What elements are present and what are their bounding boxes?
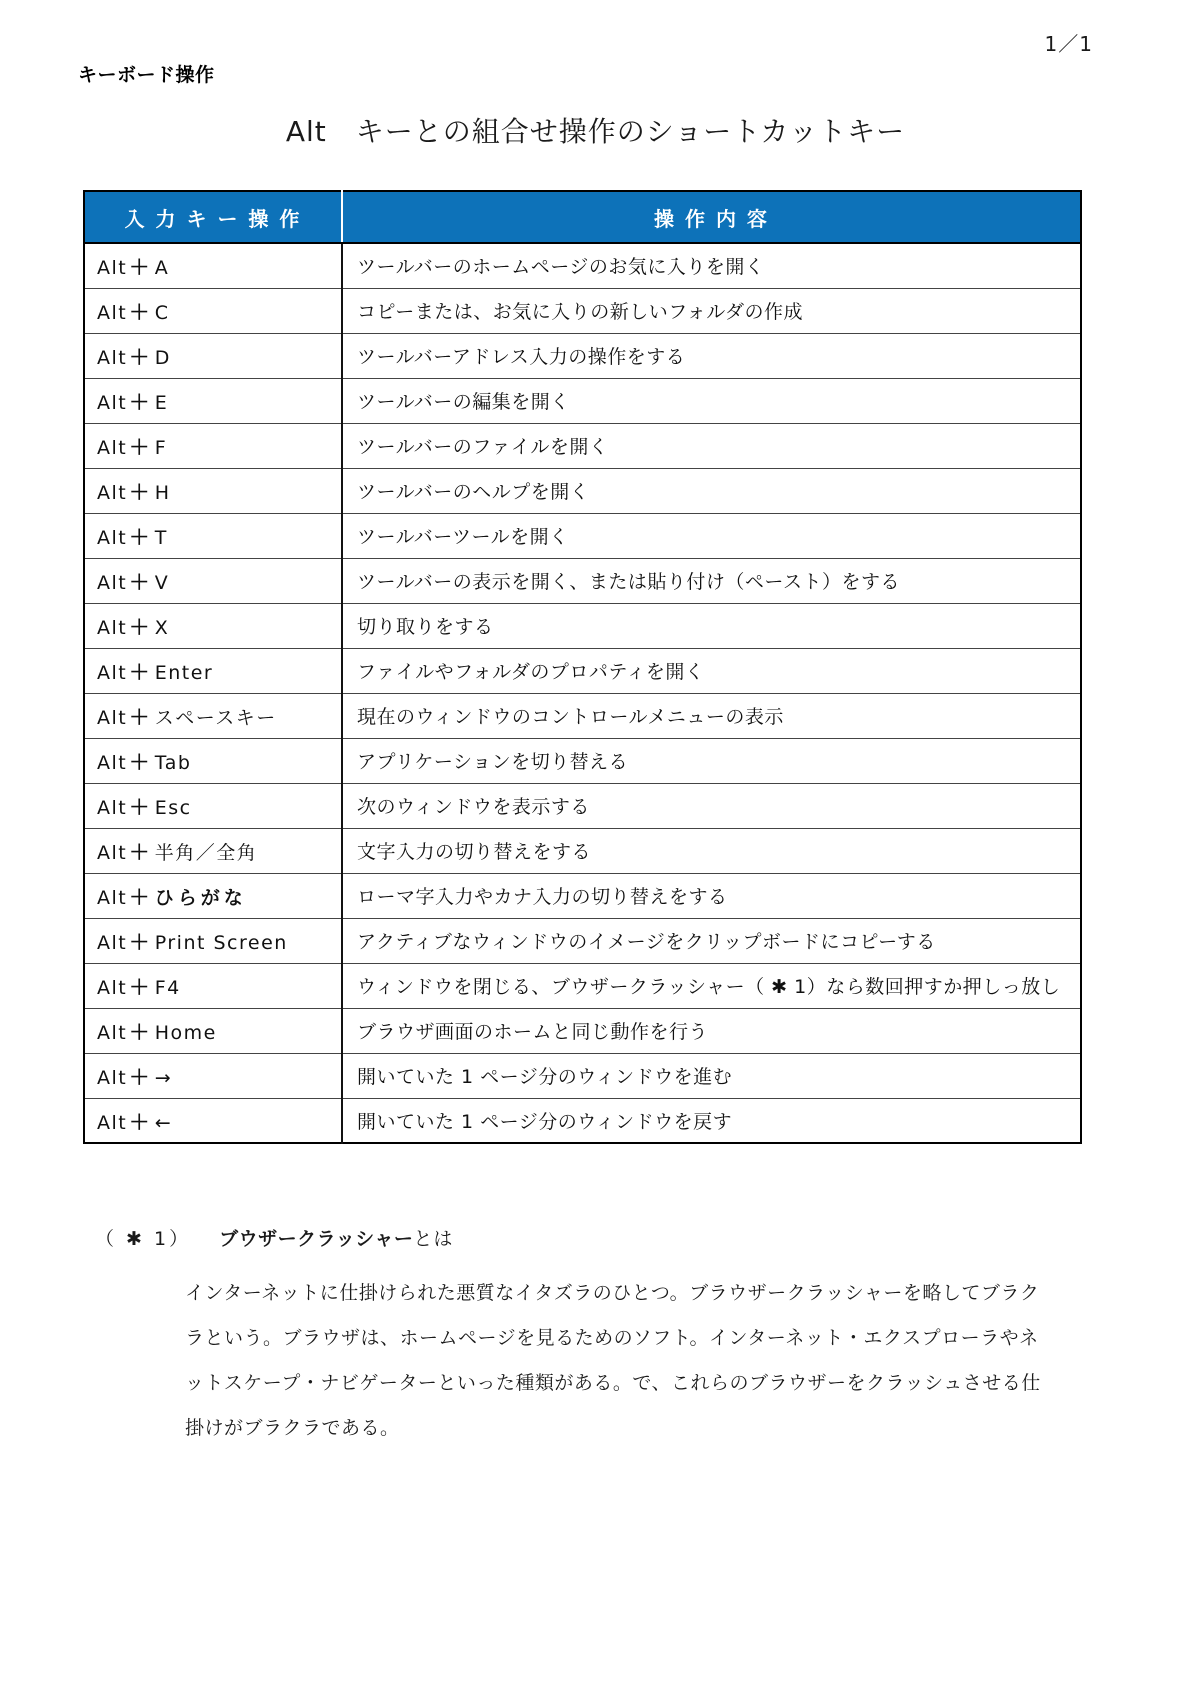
plus-sign: ＋ — [129, 480, 151, 504]
key-name: Print Screen — [155, 932, 288, 954]
key-prefix: Alt — [97, 1067, 127, 1089]
key-cell: Alt＋X — [84, 603, 342, 648]
plus-sign: ＋ — [129, 300, 151, 324]
footnote-term-suffix: とは — [413, 1228, 453, 1250]
key-cell: Alt＋C — [84, 288, 342, 333]
footnote-marker: （ ✱ 1） — [95, 1228, 191, 1250]
plus-sign: ＋ — [129, 615, 151, 639]
key-cell: Alt＋→ — [84, 1053, 342, 1098]
key-prefix: Alt — [97, 752, 127, 774]
footnote-heading: （ ✱ 1）ブウザークラッシャーとは — [95, 1224, 1105, 1251]
key-cell: Alt＋スペースキー — [84, 693, 342, 738]
operation-description: ツールバーのホームページのお気に入りを開く — [342, 243, 1081, 288]
key-name: Enter — [155, 662, 214, 684]
operation-description: ツールバーの表示を開く、または貼り付け（ペースト）をする — [342, 558, 1081, 603]
plus-sign: ＋ — [129, 795, 151, 819]
plus-sign: ＋ — [129, 525, 151, 549]
key-name: Tab — [155, 752, 192, 774]
key-cell: Alt＋T — [84, 513, 342, 558]
key-cell: Alt＋D — [84, 333, 342, 378]
key-cell: Alt＋← — [84, 1098, 342, 1143]
operation-description: アプリケーションを切り替える — [342, 738, 1081, 783]
key-name: H — [155, 482, 171, 504]
operation-description: 切り取りをする — [342, 603, 1081, 648]
operation-description: ローマ字入力やカナ入力の切り替えをする — [342, 873, 1081, 918]
operation-description: ツールバーツールを開く — [342, 513, 1081, 558]
key-cell: Alt＋Esc — [84, 783, 342, 828]
key-cell: Alt＋Home — [84, 1008, 342, 1053]
table-row: Alt＋F ツールバーのファイルを開く — [84, 423, 1081, 468]
key-prefix: Alt — [97, 842, 127, 864]
table-row: Alt＋← 開いていた 1 ページ分のウィンドウを戻す — [84, 1098, 1081, 1143]
operation-description: ツールバーのファイルを開く — [342, 423, 1081, 468]
key-prefix: Alt — [97, 437, 127, 459]
plus-sign: ＋ — [129, 255, 151, 279]
key-name: ← — [155, 1112, 172, 1134]
table-row: Alt＋D ツールバーアドレス入力の操作をする — [84, 333, 1081, 378]
operation-description: コピーまたは、お気に入りの新しいフォルダの作成 — [342, 288, 1081, 333]
operation-description: 開いていた 1 ページ分のウィンドウを戻す — [342, 1098, 1081, 1143]
footnote-line: ットスケープ・ナビゲーターといった種類がある。で、これらのブラウザーをクラッシュ… — [185, 1361, 1105, 1406]
key-prefix: Alt — [97, 932, 127, 954]
column-header-input-key: 入 力 キ ー 操 作 — [84, 191, 342, 243]
column-header-operation: 操 作 内 容 — [342, 191, 1081, 243]
table-row: Alt＋スペースキー 現在のウィンドウのコントロールメニューの表示 — [84, 693, 1081, 738]
footnote-body: インターネットに仕掛けられた悪質なイタズラのひとつ。ブラウザークラッシャーを略し… — [185, 1271, 1105, 1451]
key-name: C — [155, 302, 170, 324]
table-row: Alt＋E ツールバーの編集を開く — [84, 378, 1081, 423]
table-row: Alt＋X 切り取りをする — [84, 603, 1081, 648]
key-cell: Alt＋V — [84, 558, 342, 603]
table-row: Alt＋Enter ファイルやフォルダのプロパティを開く — [84, 648, 1081, 693]
key-cell: Alt＋ひらがな — [84, 873, 342, 918]
key-name: A — [155, 257, 170, 279]
table-body: Alt＋A ツールバーのホームページのお気に入りを開く Alt＋C コピーまたは… — [84, 243, 1081, 1143]
operation-description: ツールバーのヘルプを開く — [342, 468, 1081, 513]
plus-sign: ＋ — [129, 660, 151, 684]
key-prefix: Alt — [97, 257, 127, 279]
table-row: Alt＋F4 ウィンドウを閉じる、ブウザークラッシャー（ ✱ 1）なら数回押すか… — [84, 963, 1081, 1008]
table-header-row: 入 力 キ ー 操 作 操 作 内 容 — [84, 191, 1081, 243]
plus-sign: ＋ — [129, 345, 151, 369]
key-prefix: Alt — [97, 1112, 127, 1134]
key-name: D — [155, 347, 171, 369]
footnote: （ ✱ 1）ブウザークラッシャーとは インターネットに仕掛けられた悪質なイタズラ… — [95, 1224, 1105, 1451]
operation-description: 開いていた 1 ページ分のウィンドウを進む — [342, 1053, 1081, 1098]
table-row: Alt＋T ツールバーツールを開く — [84, 513, 1081, 558]
footnote-line: 掛けがブラクラである。 — [185, 1406, 1105, 1451]
key-prefix: Alt — [97, 302, 127, 324]
operation-description: ウィンドウを閉じる、ブウザークラッシャー（ ✱ 1）なら数回押すか押しっ放し — [342, 963, 1081, 1008]
key-prefix: Alt — [97, 482, 127, 504]
plus-sign: ＋ — [129, 750, 151, 774]
plus-sign: ＋ — [129, 390, 151, 414]
table-row: Alt＋A ツールバーのホームページのお気に入りを開く — [84, 243, 1081, 288]
key-cell: Alt＋F — [84, 423, 342, 468]
key-prefix: Alt — [97, 887, 127, 909]
key-name: T — [155, 527, 168, 549]
key-name: ひらがな — [155, 887, 247, 909]
plus-sign: ＋ — [129, 840, 151, 864]
footnote-line: インターネットに仕掛けられた悪質なイタズラのひとつ。ブラウザークラッシャーを略し… — [185, 1271, 1105, 1316]
plus-sign: ＋ — [129, 1020, 151, 1044]
table-row: Alt＋半角／全角 文字入力の切り替えをする — [84, 828, 1081, 873]
key-prefix: Alt — [97, 1022, 127, 1044]
key-prefix: Alt — [97, 707, 127, 729]
key-prefix: Alt — [97, 662, 127, 684]
operation-description: 次のウィンドウを表示する — [342, 783, 1081, 828]
page-number: 1／1 — [1045, 28, 1093, 57]
section-label: キーボード操作 — [78, 60, 215, 87]
key-name: F — [155, 437, 167, 459]
plus-sign: ＋ — [129, 930, 151, 954]
plus-sign: ＋ — [129, 1110, 151, 1134]
operation-description: アクティブなウィンドウのイメージをクリップボードにコピーする — [342, 918, 1081, 963]
table-row: Alt＋V ツールバーの表示を開く、または貼り付け（ペースト）をする — [84, 558, 1081, 603]
operation-description: 文字入力の切り替えをする — [342, 828, 1081, 873]
table-row: Alt＋Print Screen アクティブなウィンドウのイメージをクリップボー… — [84, 918, 1081, 963]
operation-description: ツールバーの編集を開く — [342, 378, 1081, 423]
key-name: スペースキー — [155, 707, 277, 729]
key-cell: Alt＋E — [84, 378, 342, 423]
footnote-line: ラという。ブラウザは、ホームページを見るためのソフト。インターネット・エクスプロ… — [185, 1316, 1105, 1361]
table-row: Alt＋ひらがな ローマ字入力やカナ入力の切り替えをする — [84, 873, 1081, 918]
table-row: Alt＋C コピーまたは、お気に入りの新しいフォルダの作成 — [84, 288, 1081, 333]
table-row: Alt＋Esc 次のウィンドウを表示する — [84, 783, 1081, 828]
key-name: F4 — [155, 977, 181, 999]
key-cell: Alt＋Tab — [84, 738, 342, 783]
key-prefix: Alt — [97, 527, 127, 549]
key-cell: Alt＋Print Screen — [84, 918, 342, 963]
plus-sign: ＋ — [129, 1065, 151, 1089]
table-row: Alt＋→ 開いていた 1 ページ分のウィンドウを進む — [84, 1053, 1081, 1098]
key-name: V — [155, 572, 170, 594]
plus-sign: ＋ — [129, 570, 151, 594]
key-name: X — [155, 617, 170, 639]
key-name: 半角／全角 — [155, 842, 258, 864]
key-cell: Alt＋半角／全角 — [84, 828, 342, 873]
key-cell: Alt＋H — [84, 468, 342, 513]
key-prefix: Alt — [97, 392, 127, 414]
key-name: E — [155, 392, 169, 414]
key-name: Home — [155, 1022, 217, 1044]
key-name: Esc — [155, 797, 192, 819]
operation-description: ツールバーアドレス入力の操作をする — [342, 333, 1081, 378]
key-prefix: Alt — [97, 347, 127, 369]
footnote-term: ブウザークラッシャー — [219, 1228, 413, 1250]
key-name: → — [155, 1067, 172, 1089]
key-cell: Alt＋F4 — [84, 963, 342, 1008]
plus-sign: ＋ — [129, 435, 151, 459]
plus-sign: ＋ — [129, 975, 151, 999]
shortcut-table: 入 力 キ ー 操 作 操 作 内 容 Alt＋A ツールバーのホームページのお… — [83, 190, 1082, 1144]
key-prefix: Alt — [97, 977, 127, 999]
table-row: Alt＋Home ブラウザ画面のホームと同じ動作を行う — [84, 1008, 1081, 1053]
plus-sign: ＋ — [129, 705, 151, 729]
key-cell: Alt＋A — [84, 243, 342, 288]
key-prefix: Alt — [97, 617, 127, 639]
table-row: Alt＋H ツールバーのヘルプを開く — [84, 468, 1081, 513]
page-title: Alt キーとの組合せ操作のショートカットキー — [0, 110, 1191, 150]
document-page: 1／1 キーボード操作 Alt キーとの組合せ操作のショートカットキー 入 力 … — [0, 0, 1191, 1684]
table-row: Alt＋Tab アプリケーションを切り替える — [84, 738, 1081, 783]
key-prefix: Alt — [97, 572, 127, 594]
plus-sign: ＋ — [129, 885, 151, 909]
key-cell: Alt＋Enter — [84, 648, 342, 693]
key-prefix: Alt — [97, 797, 127, 819]
operation-description: ファイルやフォルダのプロパティを開く — [342, 648, 1081, 693]
operation-description: 現在のウィンドウのコントロールメニューの表示 — [342, 693, 1081, 738]
operation-description: ブラウザ画面のホームと同じ動作を行う — [342, 1008, 1081, 1053]
